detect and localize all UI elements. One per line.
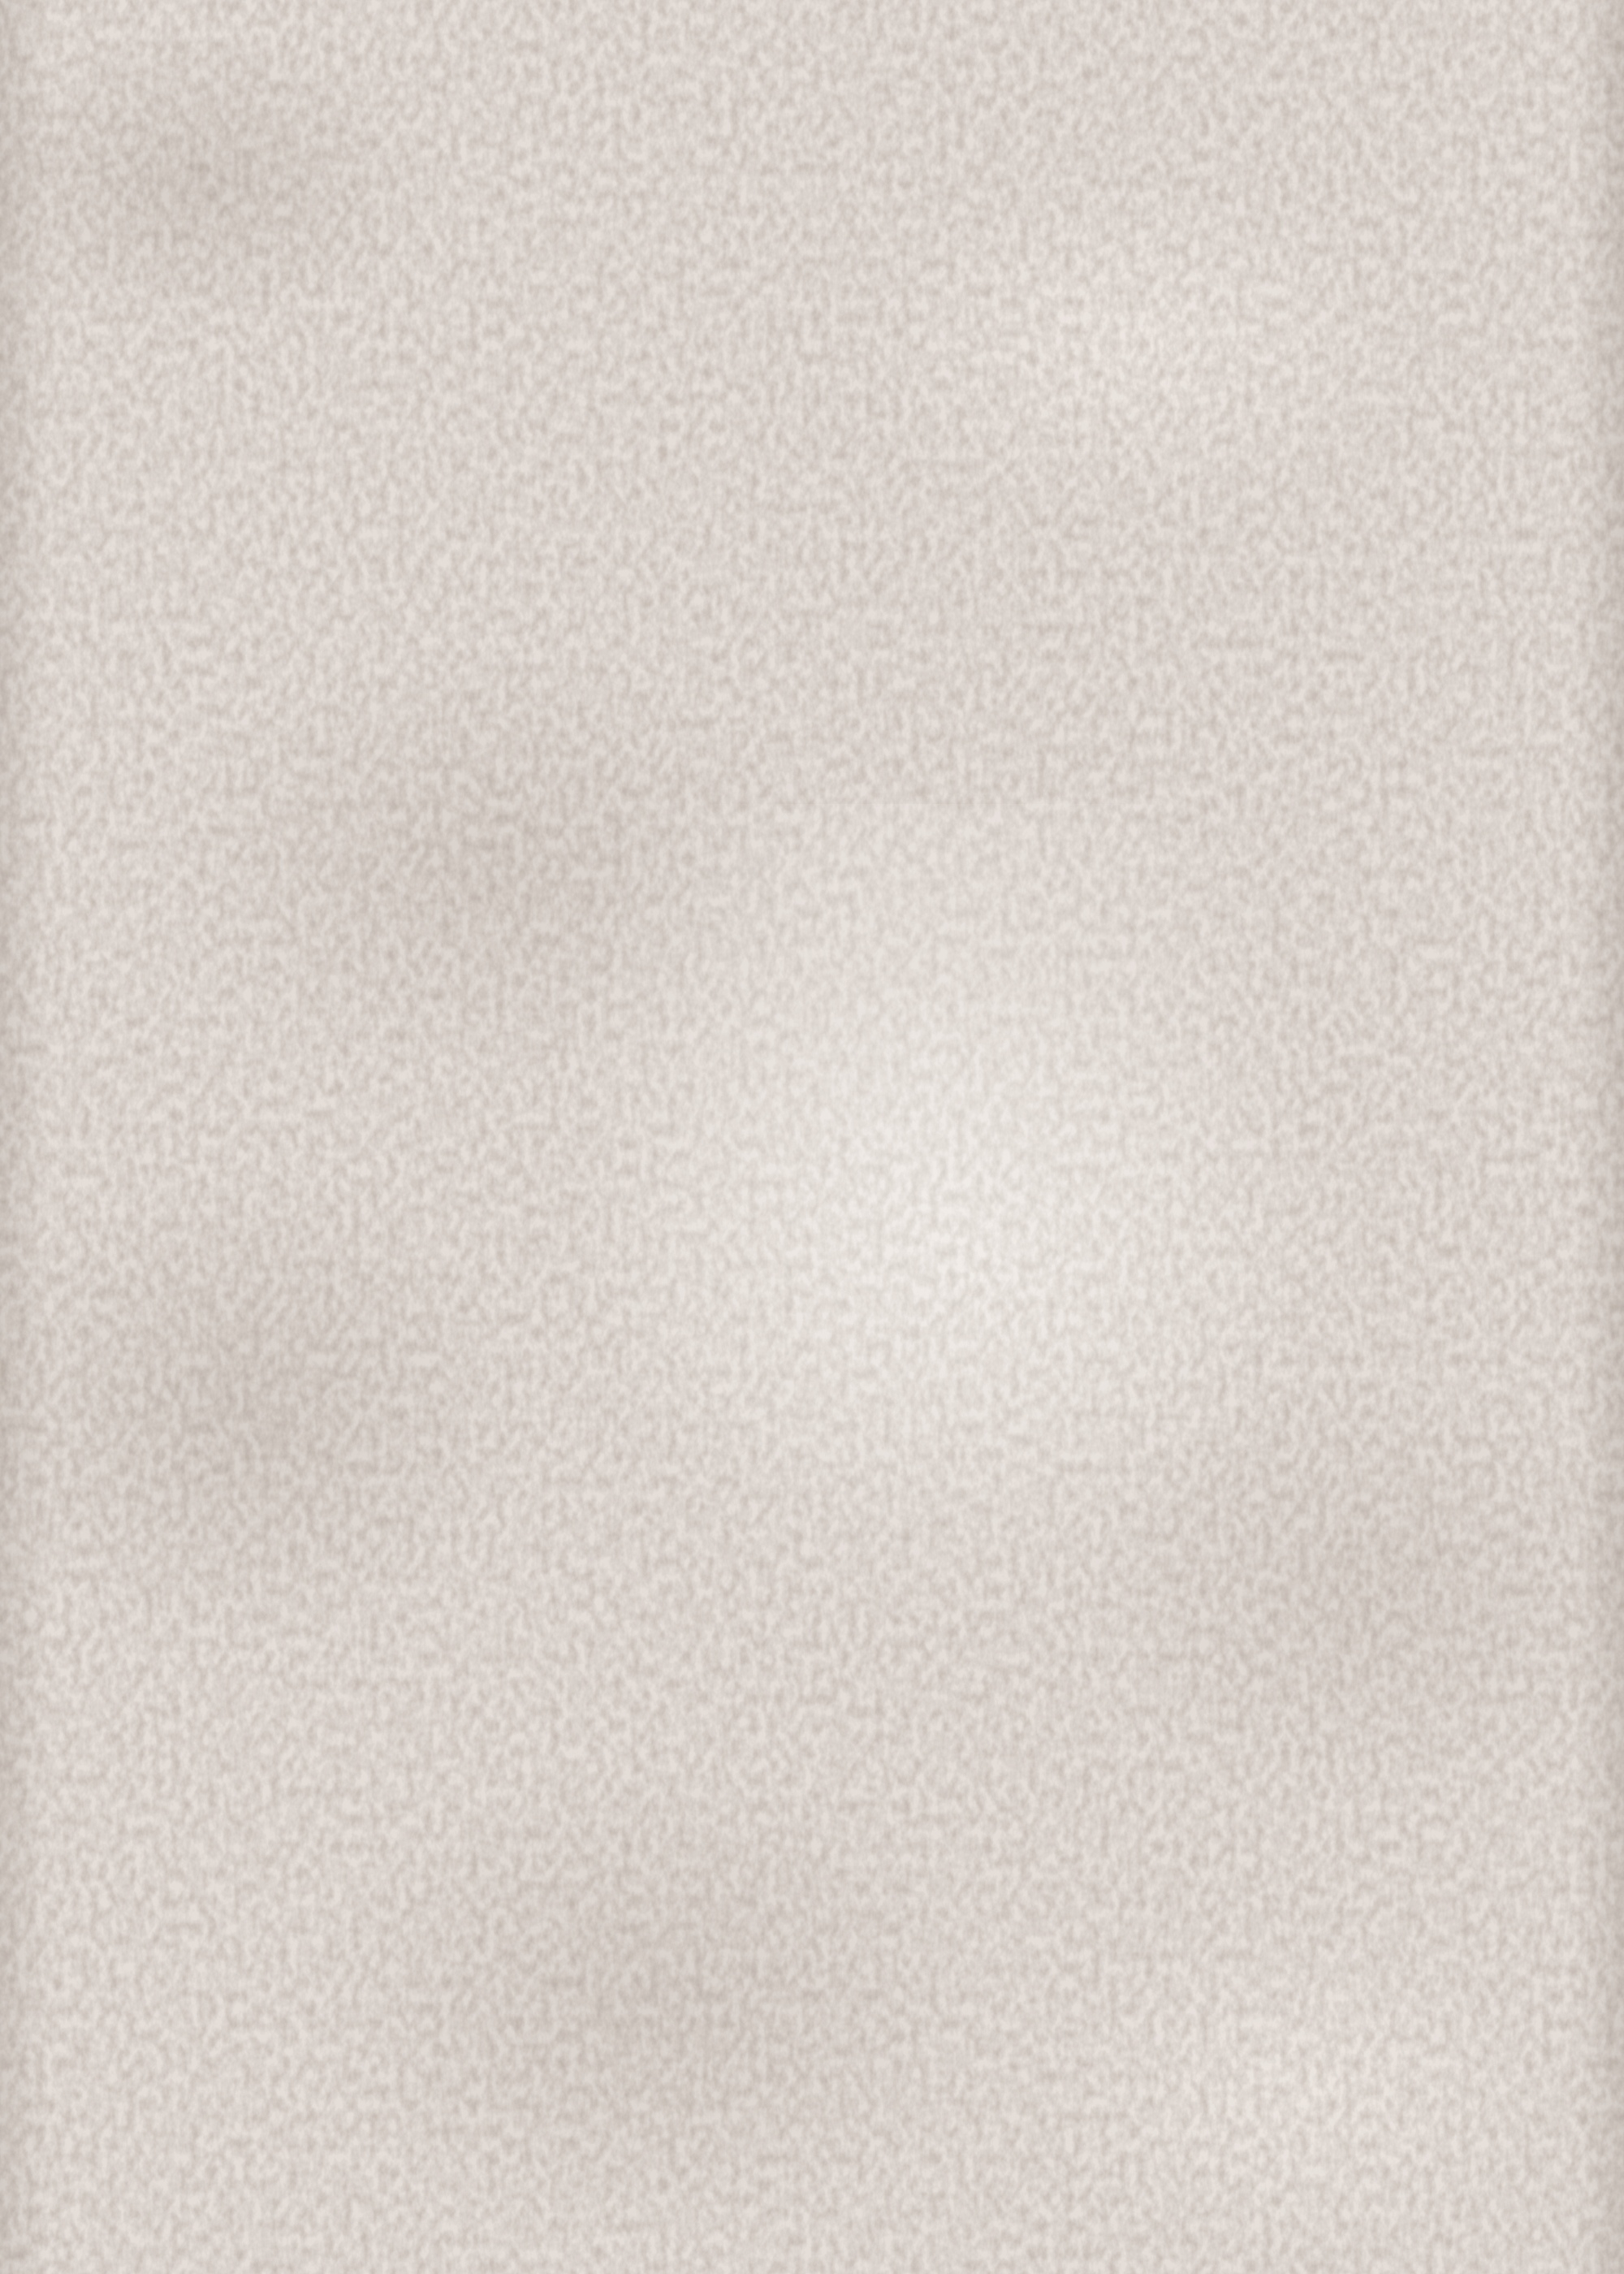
shag-rug-surface [0,0,1624,2274]
lighter-rug-region [560,804,1291,1616]
